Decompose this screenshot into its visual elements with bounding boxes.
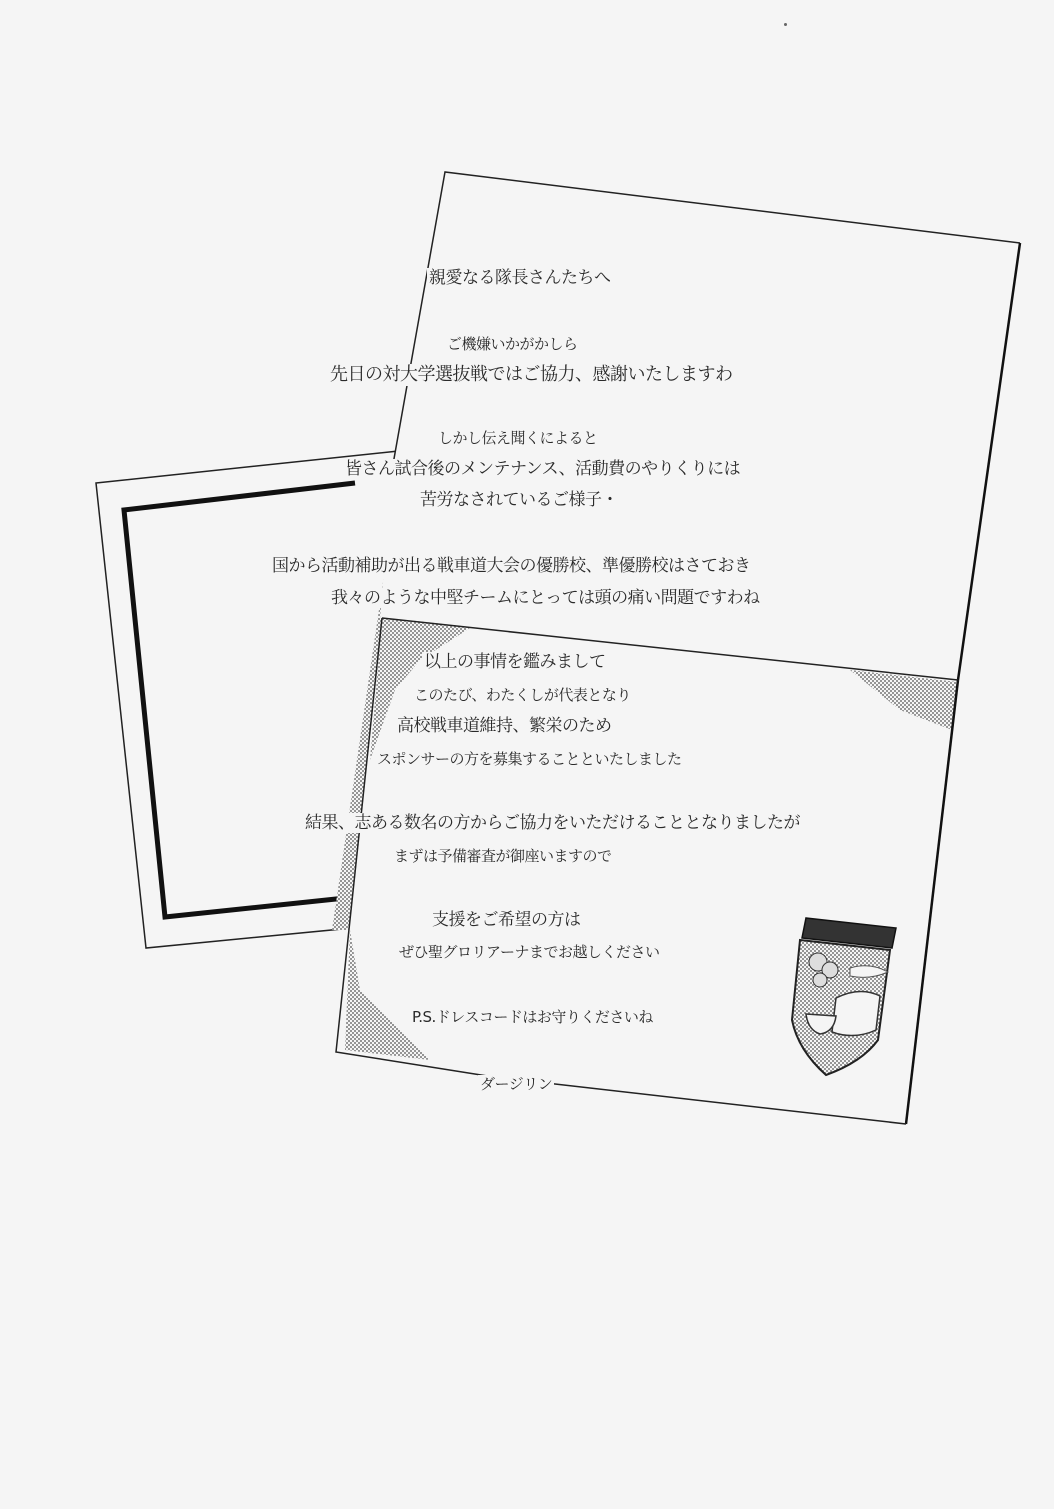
- salutation: 親愛なる隊長さんたちへ: [427, 268, 613, 288]
- postscript: P.S.ドレスコードはお守りくださいね: [410, 1008, 655, 1026]
- letter-line: 皆さん試合後のメンテナンス、活動費のやりくりには: [343, 459, 742, 479]
- letter-line: ぜひ聖グロリアーナまでお越しください: [397, 943, 662, 961]
- letter-page: 親愛なる隊長さんたちへ ご機嫌いかがかしら 先日の対大学選抜戦ではご協力、感謝い…: [0, 0, 1054, 1509]
- letter-line: 以上の事情を鑑みまして: [422, 652, 608, 672]
- letter-line: 結果、志ある数名の方からご協力をいただけることとなりましたが: [303, 813, 802, 833]
- letter-line: 先日の対大学選抜戦ではご協力、感謝いたしますわ: [328, 364, 735, 386]
- letter-line: ご機嫌いかがかしら: [445, 335, 580, 353]
- scan-speck: [784, 23, 787, 26]
- letter-line: スポンサーの方を募集することといたしました: [375, 750, 684, 768]
- letter-line: 苦労なされているご様子・: [418, 490, 620, 510]
- signature: ダージリン: [478, 1075, 554, 1093]
- letter-line: しかし伝え聞くによると: [436, 429, 600, 447]
- letter-line: 我々のような中堅チームにとっては頭の痛い問題ですわね: [329, 588, 762, 608]
- letter-line: 支援をご希望の方は: [430, 910, 583, 930]
- letter-line: 高校戦車道維持、繁栄のため: [395, 716, 614, 736]
- letter-line: 国から活動補助が出る戦車道大会の優勝校、準優勝校はさておき: [270, 556, 753, 576]
- letter-line: まずは予備審査が御座いますので: [392, 847, 614, 865]
- letter-line: このたび、わたくしが代表となり: [412, 686, 633, 704]
